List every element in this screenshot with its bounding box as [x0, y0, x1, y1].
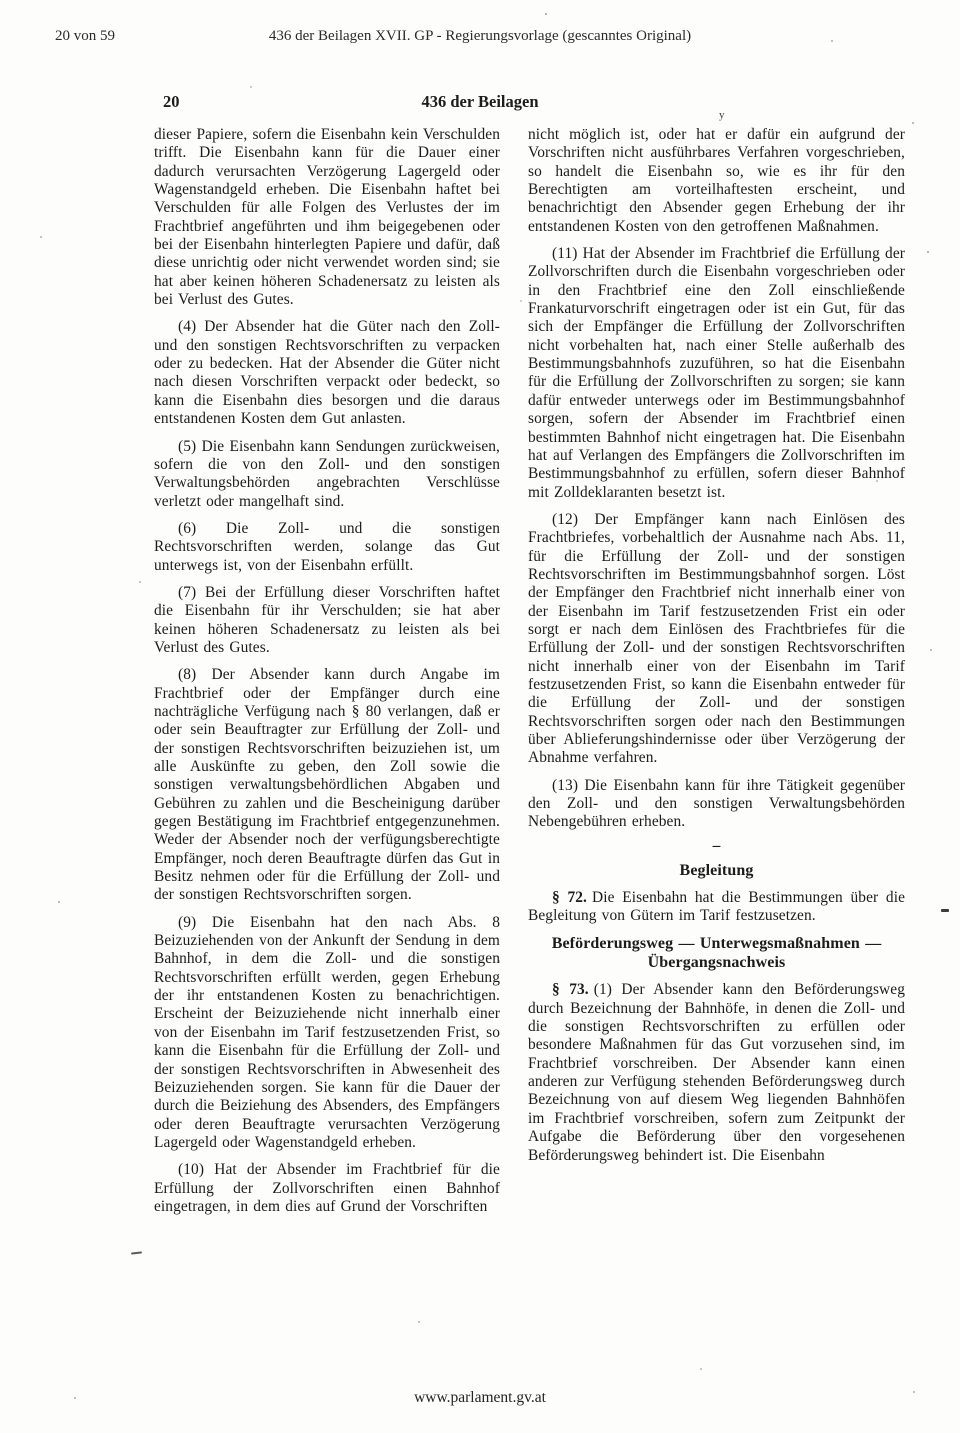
scan-artifact-dash: [941, 909, 949, 912]
section-heading-begleitung: Begleitung: [528, 861, 905, 880]
scan-artifact-dash: [131, 1251, 142, 1254]
paragraph-abs-7: (7) Bei der Erfüllung dieser Vorschrifte…: [154, 584, 500, 657]
paragraph-abs-9: (9) Die Eisenbahn hat den nach Abs. 8 Be…: [154, 914, 500, 1152]
paragraph-abs-8: (8) Der Absender kann durch Angabe im Fr…: [154, 666, 500, 904]
paragraph-abs-4: (4) Der Absender hat die Güter nach den …: [154, 318, 500, 428]
left-column: dieser Papiere, sofern die Eisenbahn kei…: [154, 126, 500, 1216]
paragraph-abs-12: (12) Der Empfänger kann nach Einlösen de…: [528, 511, 905, 768]
section-heading-befoerderungsweg: Beförderungsweg — Unterwegsmaßnahmen — Ü…: [528, 934, 905, 972]
footer-url: www.parlament.gv.at: [0, 1389, 960, 1407]
separator-dash: –: [528, 839, 905, 852]
paragraph-continuation: dieser Papiere, sofern die Eisenbahn kei…: [154, 126, 500, 309]
paragraph-abs-13: (13) Die Eisenbahn kann für ihre Tätigke…: [528, 777, 905, 832]
paragraph-73-text: (1) Der Absender kann den Beförderungswe…: [528, 981, 905, 1163]
paragraph-abs-10: (10) Hat der Absender im Frachtbrief für…: [154, 1161, 500, 1216]
scan-noise: [0, 0, 2, 2]
paragraph-abs-5: (5) Die Eisenbahn kann Sendungen zurückw…: [154, 438, 500, 511]
paragraph-73: § 73.(1) Der Absender kann den Beförderu…: [528, 981, 905, 1164]
section-symbol-72: § 72.: [552, 889, 587, 906]
right-column: nicht möglich ist, oder hat er dafür ein…: [528, 126, 905, 1165]
page-header-title: 436 der Beilagen: [0, 92, 960, 112]
scanned-page: 20 von 59 436 der Beilagen XVII. GP - Re…: [0, 0, 960, 1433]
paragraph-abs-11: (11) Hat der Absender im Frachtbrief die…: [528, 245, 905, 502]
document-watermark-title: 436 der Beilagen XVII. GP - Regierungsvo…: [0, 28, 960, 45]
paragraph-72: § 72.Die Eisenbahn hat die Bestimmungen …: [528, 889, 905, 926]
scan-artifact-glyph: y: [719, 109, 725, 121]
paragraph-continuation: nicht möglich ist, oder hat er dafür ein…: [528, 126, 905, 236]
section-symbol-73: § 73.: [552, 981, 589, 998]
paragraph-abs-6: (6) Die Zoll- und die sonstigen Rechtsvo…: [154, 520, 500, 575]
